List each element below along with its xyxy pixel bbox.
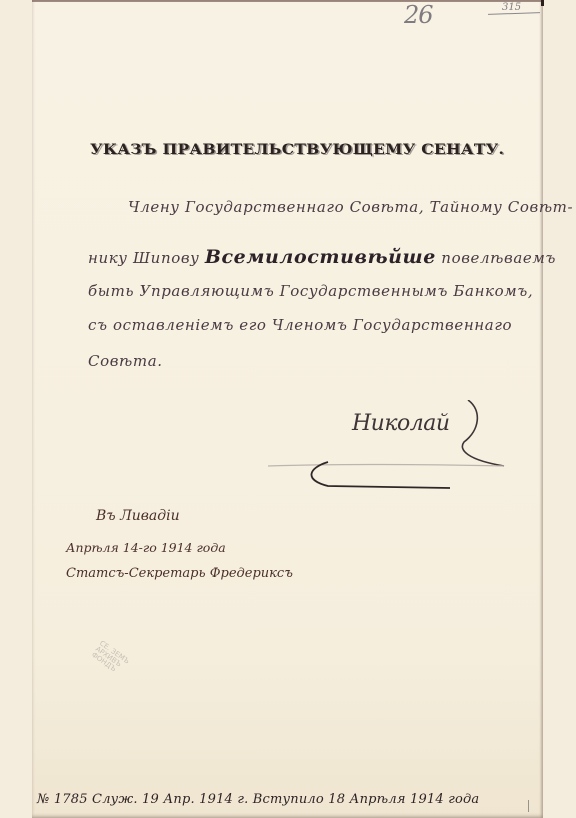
body-line-text: повелѣваемъ: [436, 249, 556, 267]
secretary-note: Статсъ-Секретарь Фредериксъ: [66, 566, 293, 581]
decree-title: УКАЗЪ ПРАВИТЕЛЬСТВУЮЩЕМУ СЕНАТУ.: [90, 140, 504, 157]
body-line-text: быть Управляющимъ Государственнымъ Банко…: [88, 282, 533, 300]
body-line-text: съ оставленіемъ его Членомъ Государствен…: [88, 316, 512, 334]
body-line-4: съ оставленіемъ его Членомъ Государствен…: [88, 316, 512, 334]
body-line-1: Члену Государственнаго Совѣта, Тайному С…: [128, 198, 573, 216]
binding-mark: [541, 0, 544, 6]
folio-secondary-number: 315: [502, 2, 521, 13]
body-line-text: Члену Государственнаго Совѣта, Тайному С…: [128, 198, 573, 216]
document-page: 26 315 УКАЗЪ ПРАВИТЕЛЬСТВУЮЩЕМУ СЕНАТУ. …: [32, 0, 543, 818]
body-line-5: Совѣта.: [88, 352, 163, 370]
body-line-2: нику Шипову Всемилостивѣйше повелѣваемъ: [88, 246, 556, 268]
date-note: Апрѣля 14-го 1914 года: [66, 540, 226, 555]
body-line-3: быть Управляющимъ Государственнымъ Банко…: [88, 282, 533, 300]
body-line-text: Совѣта.: [88, 352, 163, 370]
place-note: Въ Ливадіи: [96, 508, 180, 524]
registry-note: № 1785 Служ. 19 Апр. 1914 г. Вступило 18…: [37, 792, 479, 807]
imperial-signature: Николай: [352, 411, 450, 436]
archive-stamp: СЕ. ЗЕМЪ АРХИВЪ ФОНДЪ: [90, 640, 130, 677]
emphasis-word: Всемилостивѣйше: [205, 246, 436, 268]
folio-number: 26: [404, 1, 433, 29]
body-line-text: нику Шипову: [88, 249, 205, 267]
corner-pencil-mark: [528, 800, 529, 812]
